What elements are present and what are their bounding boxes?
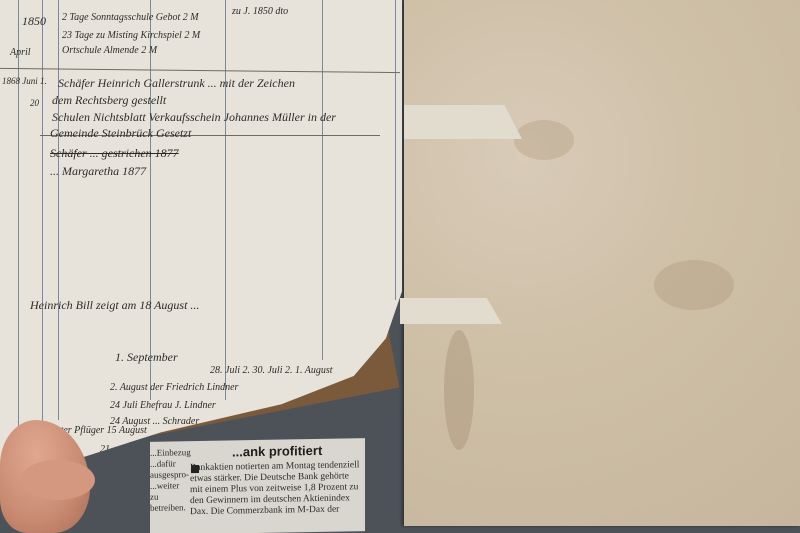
entry-text: 1. September — [115, 350, 178, 365]
entry-text: 2. August der Friedrich Lindner — [110, 382, 238, 393]
column-line — [58, 0, 59, 420]
entry-date: April — [10, 47, 31, 58]
entry-text: Schulen Nichtsblatt Verkaufsschein Johan… — [52, 110, 336, 125]
entry-note: zu J. 1850 dto — [232, 6, 288, 17]
stain — [444, 330, 474, 450]
paper-tab-upper — [404, 105, 522, 139]
entry-text: 23 Tage zu Misting Kirchspiel 2 M — [62, 30, 200, 41]
newspaper-left-column: ...Einbezug ...dafür ausgespro- ...weite… — [150, 447, 186, 514]
paper-tab-lower — [400, 298, 502, 324]
entry-text-struck: Schäfer ... gestrichen 1877 — [50, 146, 179, 161]
newspaper-headline: ...ank profitiert — [232, 443, 322, 460]
entry-text: Heinrich Bill zeigt am 18 August ... — [30, 298, 199, 313]
newspaper-body: Bankaktien notierten am Montag tendenzie… — [190, 460, 360, 518]
stain — [654, 260, 734, 310]
entry-text: Gemeinde Steinbrück Gesetzt — [50, 126, 191, 141]
column-line — [322, 0, 323, 360]
entry-date: 1868 Juni 1. — [2, 76, 47, 86]
entry-text: Schäfer Heinrich Gallerstrunk ... mit de… — [58, 76, 295, 91]
column-line — [225, 0, 226, 400]
entry-text: Ortschule Almende 2 M — [62, 45, 157, 56]
entry-text: dem Rechtsberg gestellt — [52, 93, 166, 108]
stain — [514, 120, 574, 160]
column-line — [395, 0, 396, 300]
entry-date: 20 — [30, 98, 39, 108]
thumb — [20, 460, 95, 500]
row-divider — [0, 68, 400, 73]
newspaper-clipping: ...ank profitiert ...Einbezug ...dafür a… — [150, 438, 365, 533]
cover-board — [404, 0, 800, 526]
column-line — [18, 0, 19, 440]
photo-scene: ...ank profitiert ...Einbezug ...dafür a… — [0, 0, 800, 533]
entry-text: 28. Juli 2. 30. Juli 2. 1. August — [210, 365, 333, 376]
entry-text: ... Margaretha 1877 — [50, 164, 146, 179]
column-line — [42, 0, 43, 430]
entry-date: 1850 — [22, 14, 46, 29]
entry-text: 24 Juli Ehefrau J. Lindner — [110, 400, 216, 411]
entry-text: 2 Tage Sonntagsschule Gebot 2 M — [62, 12, 199, 23]
column-line — [150, 0, 151, 400]
